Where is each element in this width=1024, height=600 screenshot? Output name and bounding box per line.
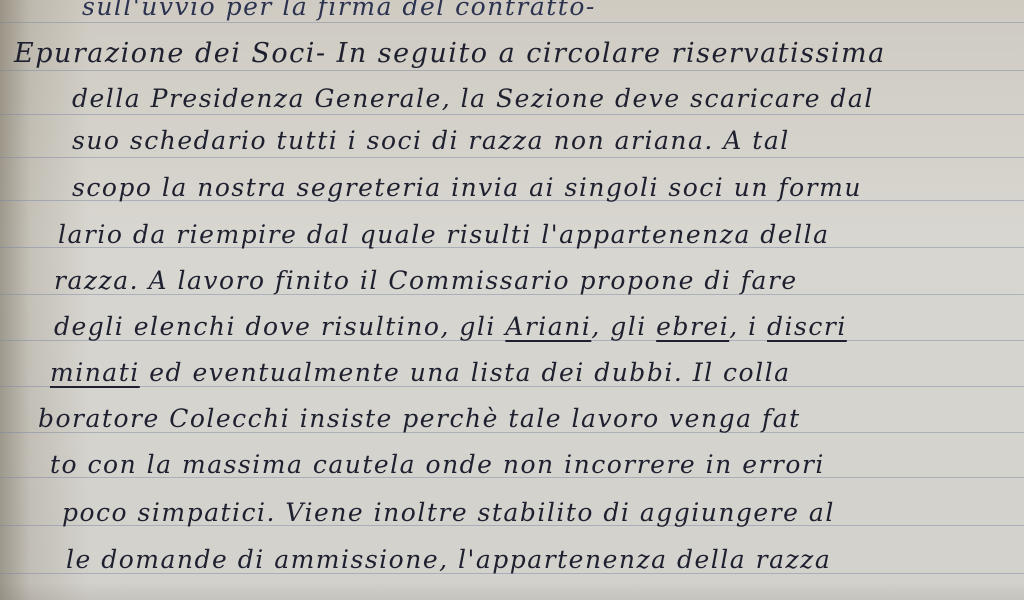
ruled-line <box>0 114 1024 115</box>
text-line-5: scopo la nostra segreteria invia ai sing… <box>72 175 862 200</box>
line-text: boratore Colecchi insiste perchè tale la… <box>38 404 801 433</box>
handwritten-page: sull'uvvio per la firma del contratto- E… <box>0 0 1024 600</box>
line-text: razza. A lavoro finito il Commissario pr… <box>54 266 798 295</box>
text-line-8: degli elenchi dove risultino, gli Ariani… <box>54 314 847 339</box>
underlined-word-discri: discri <box>767 312 847 341</box>
text-line-3: della Presidenza Generale, la Sezione de… <box>72 86 874 111</box>
ruled-line <box>0 70 1024 71</box>
underlined-word-minati: minati <box>50 358 140 387</box>
section-heading: Epurazione dei Soci- <box>14 38 327 69</box>
line-text: degli elenchi dove risultino, gli <box>54 312 505 341</box>
line-text: suo schedario tutti i soci di razza non … <box>72 126 790 155</box>
underlined-word-ebrei: ebrei <box>656 312 729 341</box>
text-line-7: razza. A lavoro finito il Commissario pr… <box>54 268 798 293</box>
line-text: , i <box>729 312 767 341</box>
line-text: ed eventualmente una lista dei dubbi. Il… <box>140 358 791 387</box>
ruled-line <box>0 22 1024 23</box>
text-line-4: suo schedario tutti i soci di razza non … <box>72 128 790 153</box>
line-text: to con la massima cautela onde non incor… <box>50 450 825 479</box>
text-line-10: boratore Colecchi insiste perchè tale la… <box>38 406 801 431</box>
text-line-12: poco simpatici. Viene inoltre stabilito … <box>62 500 835 525</box>
line-text: lario da riempire dal quale risulti l'ap… <box>58 220 830 249</box>
line-text: poco simpatici. Viene inoltre stabilito … <box>62 498 835 527</box>
page-bottom-shadow <box>0 582 1024 600</box>
text-line-6: lario da riempire dal quale risulti l'ap… <box>58 222 830 247</box>
line-text: le domande di ammissione, l'appartenenza… <box>66 545 831 574</box>
line-text: , gli <box>591 312 656 341</box>
text-line-11: to con la massima cautela onde non incor… <box>50 452 825 477</box>
underlined-word-ariani: Ariani <box>505 312 591 341</box>
text-line-13: le domande di ammissione, l'appartenenza… <box>66 547 831 572</box>
line-text: scopo la nostra segreteria invia ai sing… <box>72 173 862 202</box>
text-line-1: sull'uvvio per la firma del contratto- <box>82 0 596 19</box>
line-text: sull'uvvio per la firma del contratto- <box>82 0 596 21</box>
text-line-2: Epurazione dei Soci- In seguito a circol… <box>14 40 886 67</box>
line-text: della Presidenza Generale, la Sezione de… <box>72 84 874 113</box>
text-line-9: minati ed eventualmente una lista dei du… <box>50 360 790 385</box>
line-text: In seguito a circolare riservatissima <box>327 38 886 69</box>
ruled-line <box>0 157 1024 158</box>
